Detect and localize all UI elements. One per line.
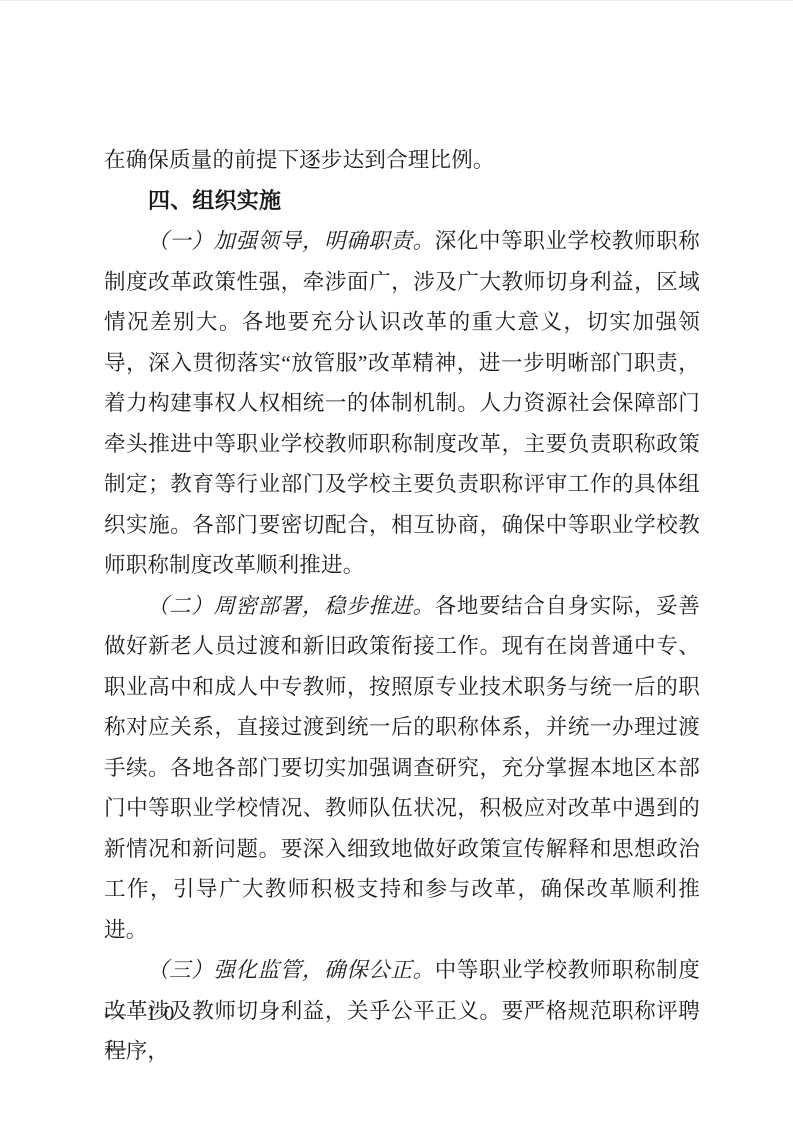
paragraph-2: （二）周密部署，稳步推进。各地要结合自身实际，妥善做好新老人员过渡和新旧政策衔接… xyxy=(104,586,700,951)
paragraph-3: （三）强化监管，确保公正。中等职业学校教师职称制度改革涉及教师切身利益，关乎公平… xyxy=(104,950,700,1072)
page-number-line-1: — 10 xyxy=(105,996,182,1030)
paragraph-1: （一）加强领导，明确职责。深化中等职业学校教师职称制度改革政策性强，牵涉面广，涉… xyxy=(104,221,700,586)
paragraph-3-lead: （三）强化监管，确保公正。 xyxy=(147,958,435,982)
page-number-line-2: — xyxy=(105,1030,182,1064)
document-page: 在确保质量的前提下逐步达到合理比例。 四、组织实施 （一）加强领导，明确职责。深… xyxy=(0,0,793,1122)
paragraph-1-text: 深化中等职业学校教师职称制度改革政策性强，牵涉面广，涉及广大教师切身利益，区域情… xyxy=(104,229,700,577)
paragraph-2-text: 各地要结合自身实际，妥善做好新老人员过渡和新旧政策衔接工作。现有在岗普通中专、职… xyxy=(104,594,700,942)
document-body: 在确保质量的前提下逐步达到合理比例。 四、组织实施 （一）加强领导，明确职责。深… xyxy=(104,140,700,1072)
page-number: — 10 — xyxy=(105,996,182,1064)
paragraph-1-lead: （一）加强领导，明确职责。 xyxy=(147,229,435,253)
section-heading: 四、组织实施 xyxy=(104,181,700,222)
paragraph-2-lead: （二）周密部署，稳步推进。 xyxy=(147,594,435,618)
continuation-paragraph: 在确保质量的前提下逐步达到合理比例。 xyxy=(104,140,700,181)
